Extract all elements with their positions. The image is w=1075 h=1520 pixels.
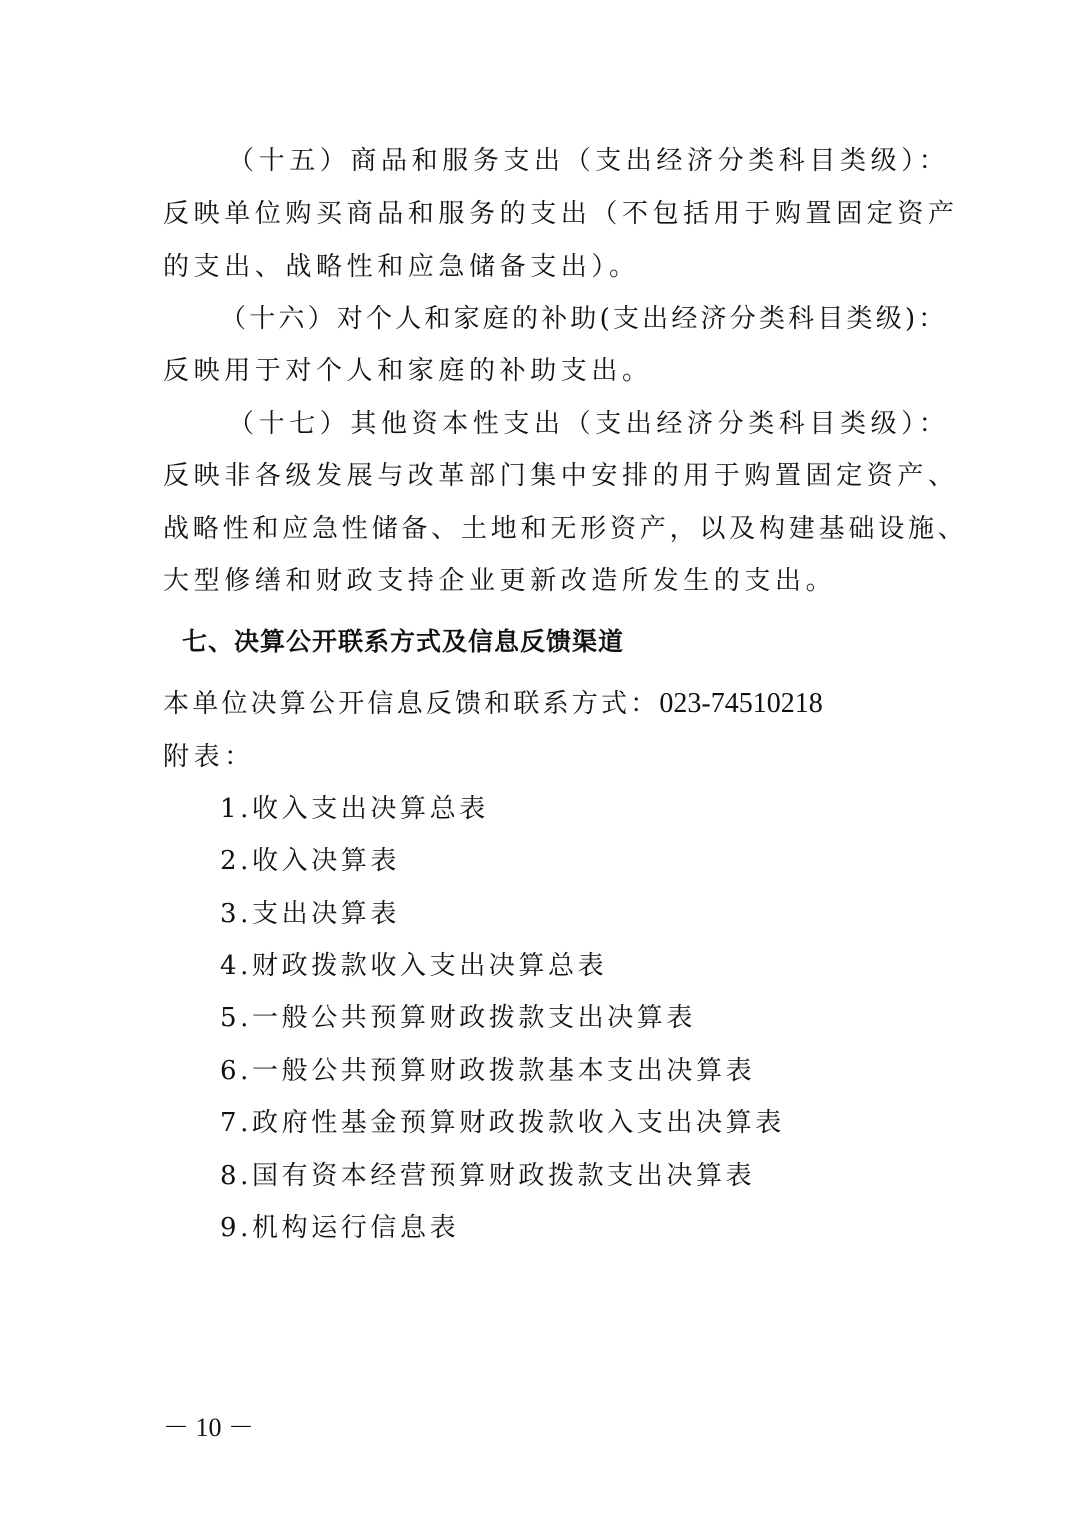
section-17-body-line-2: 战略性和应急性储备、土地和无形资产，以及构建基础设施、 — [163, 513, 968, 545]
chapter-7-heading: 七、决算公开联系方式及信息反馈渠道 — [182, 626, 624, 658]
appendix-item-9: 9.机构运行信息表 — [220, 1212, 459, 1244]
contact-phone: 023-74510218 — [659, 688, 822, 719]
appendix-item-2: 2.收入决算表 — [220, 845, 400, 877]
appendix-item-1: 1.收入支出决算总表 — [220, 793, 489, 825]
appendix-item-4: 4.财政拨款收入支出决算总表 — [220, 950, 607, 982]
appendix-item-5: 5.一般公共预算财政拨款支出决算表 — [220, 1002, 696, 1034]
section-17-title: （十七）其他资本性支出（支出经济分类科目类级）： — [228, 408, 949, 440]
appendix-item-7: 7.政府性基金预算财政拨款收入支出决算表 — [220, 1107, 785, 1139]
appendix-item-8: 8.国有资本经营预算财政拨款支出决算表 — [220, 1160, 755, 1192]
section-17-body-line-3: 大型修缮和财政支持企业更新改造所发生的支出。 — [163, 565, 836, 597]
appendix-item-3: 3.支出决算表 — [220, 898, 400, 930]
section-15-body-line-2: 的支出、战略性和应急储备支出）。 — [163, 251, 640, 283]
section-16-title: （十六）对个人和家庭的补助(支出经济分类科目类级)： — [220, 303, 948, 335]
section-15-title: （十五）商品和服务支出（支出经济分类科目类级）： — [228, 145, 949, 177]
section-15-body-line-1: 反映单位购买商品和服务的支出（不包括用于购置固定资产 — [163, 198, 959, 230]
contact-label: 本单位决算公开信息反馈和联系方式： — [163, 689, 659, 719]
page-number: － 10 － — [163, 1413, 254, 1443]
section-17-body-line-1: 反映非各级发展与改革部门集中安排的用于购置固定资产、 — [163, 460, 959, 492]
appendix-label: 附表： — [163, 741, 255, 773]
appendix-item-6: 6.一般公共预算财政拨款基本支出决算表 — [220, 1055, 755, 1087]
contact-line: 本单位决算公开信息反馈和联系方式：023-74510218 — [163, 688, 823, 720]
section-16-body-line-1: 反映用于对个人和家庭的补助支出。 — [163, 355, 653, 387]
